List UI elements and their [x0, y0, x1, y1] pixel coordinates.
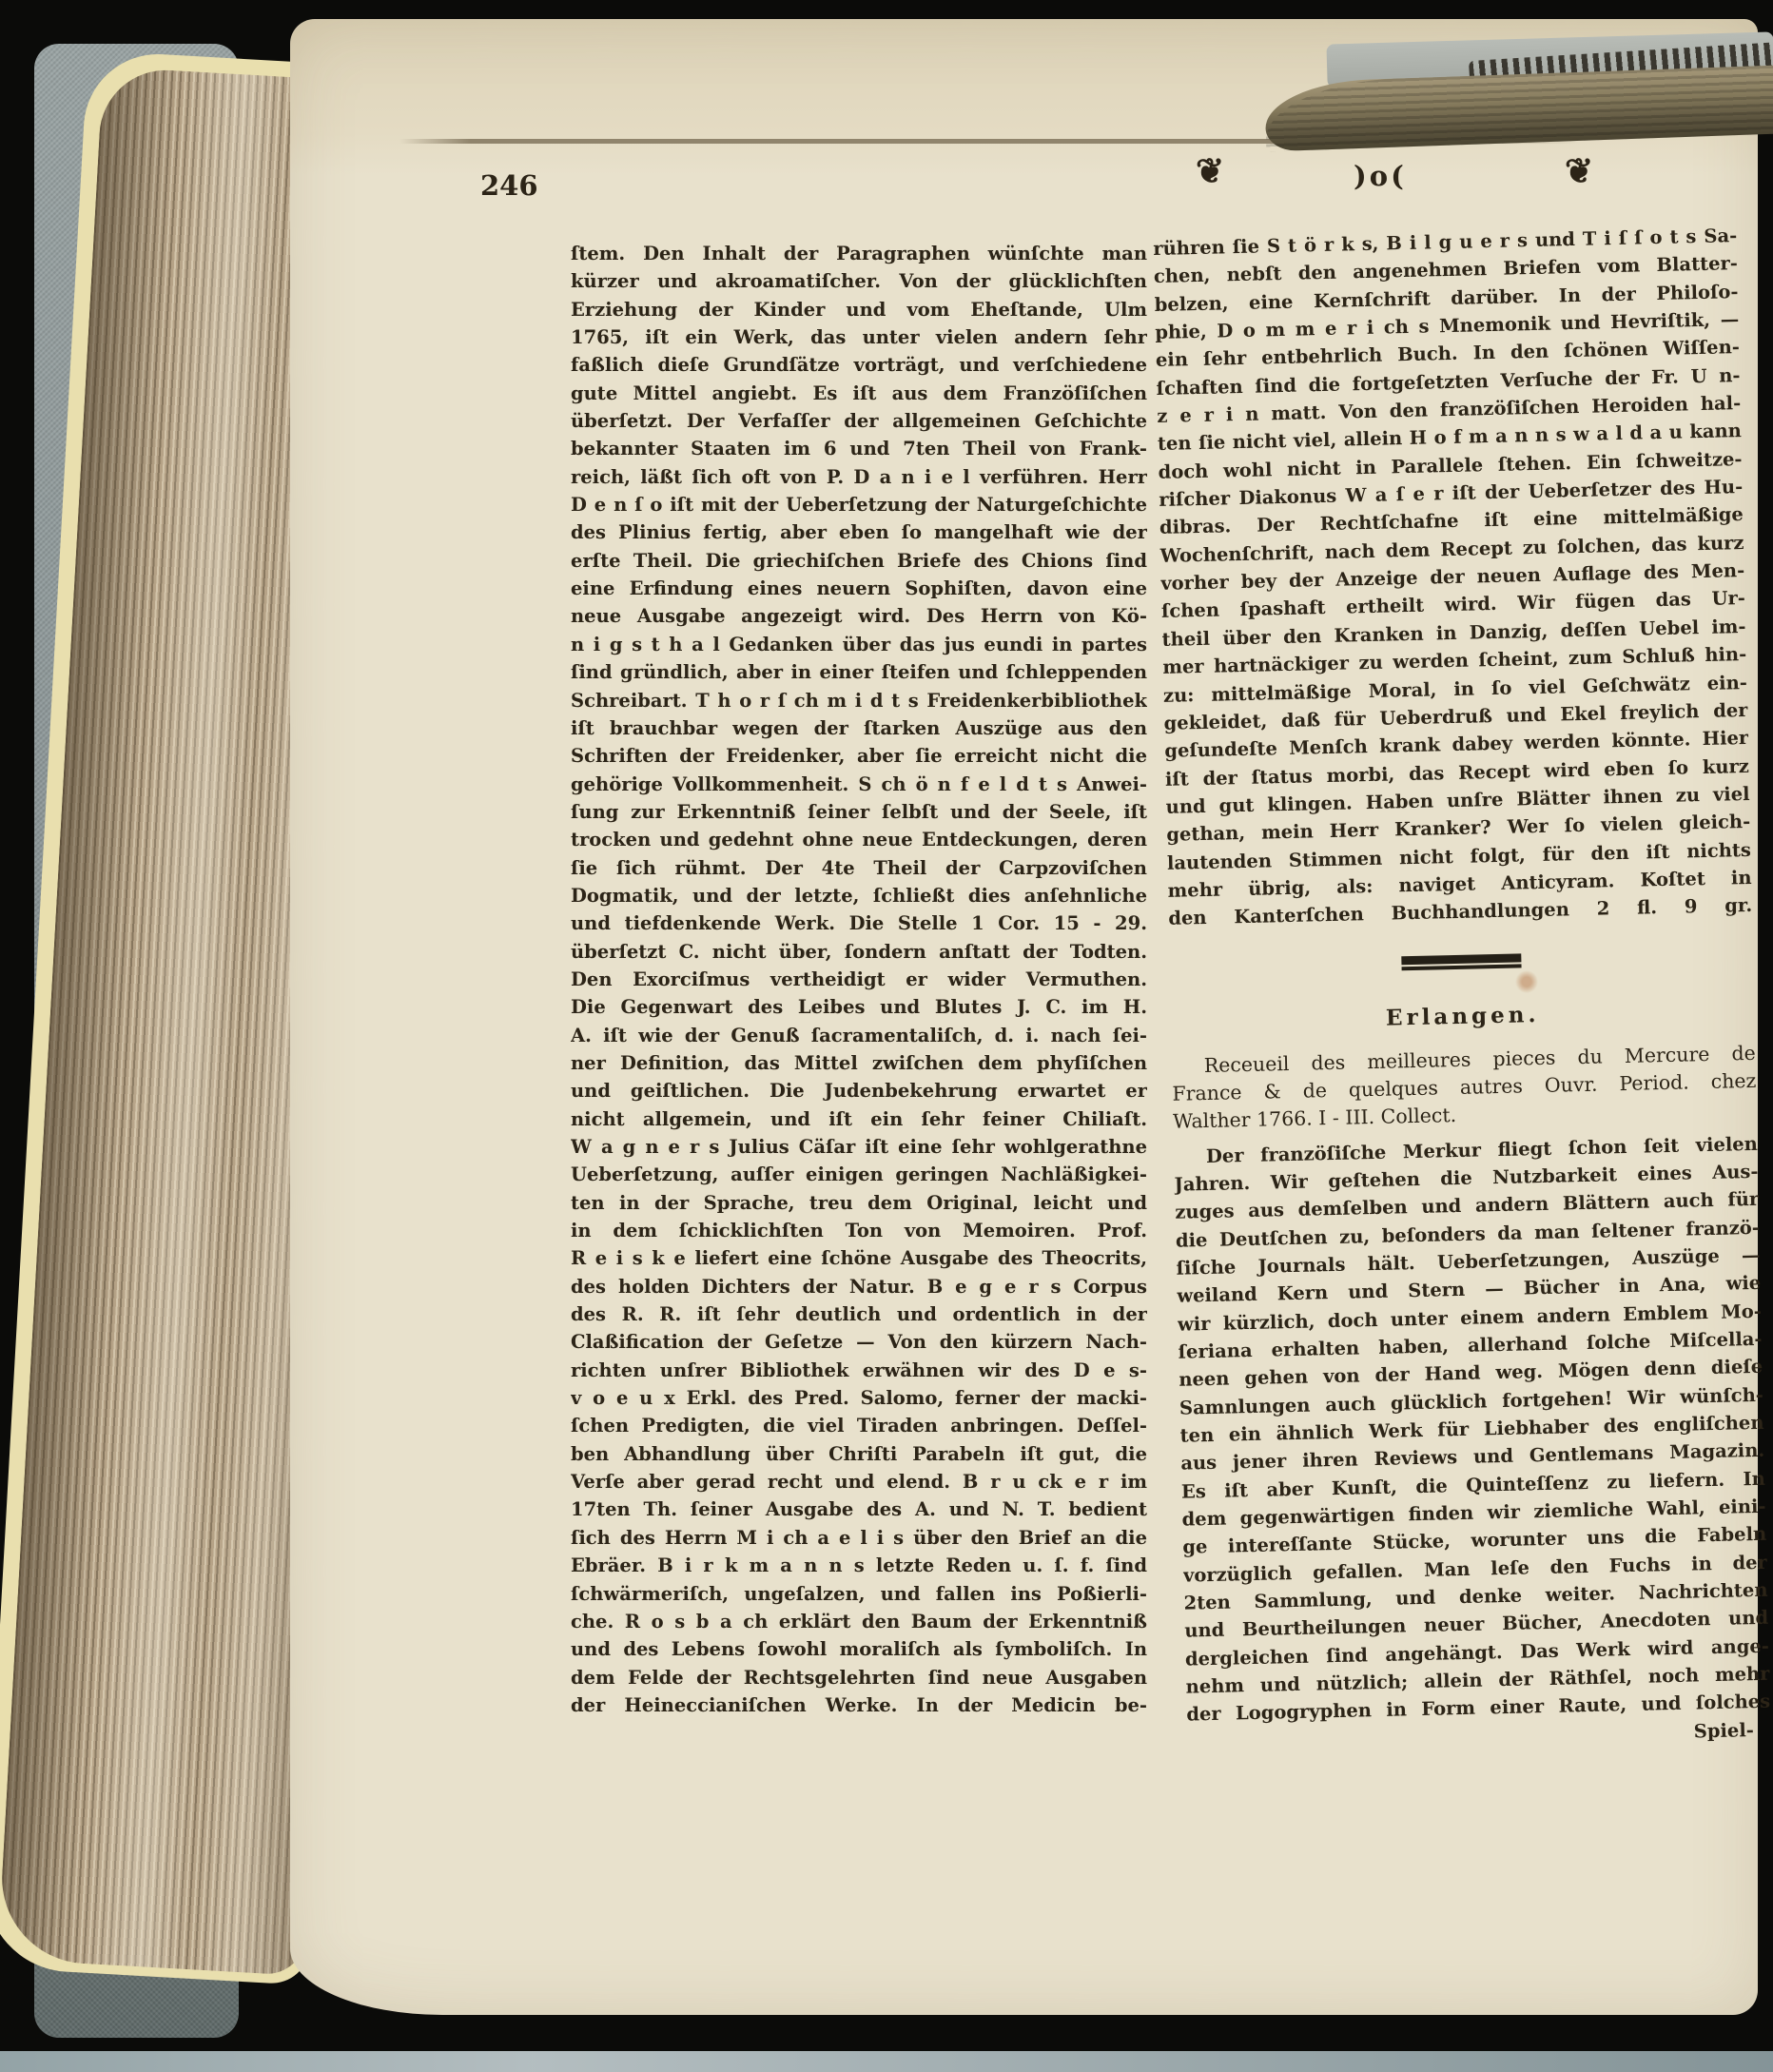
text-line: Schreibart. T h o r ſ ch m i d t s Freid… — [571, 687, 1147, 714]
text-line: der Heineccianiſchen Werke. In der Medic… — [571, 1691, 1147, 1719]
fleuron-ornament-icon: ❦ — [1196, 154, 1224, 188]
text-line: Claßification der Geſetze — Von den kürz… — [571, 1328, 1147, 1356]
header-separator: )o( — [1354, 160, 1407, 192]
page-number: 246 — [480, 169, 538, 202]
divider-thick-rule — [1401, 953, 1521, 965]
right-column-body: Der franzöſiſche Merkur fliegt ſchon ſei… — [1174, 1129, 1771, 1729]
text-line: überſetzt. Der Verfaſſer der allgemeinen… — [571, 407, 1147, 435]
text-line: D e n ſ o iſt mit der Ueberſetzung der N… — [571, 491, 1147, 518]
section-heading: Erlangen. — [1170, 994, 1755, 1037]
text-line: eine Erfindung eines neuern Sophiſten, d… — [571, 575, 1147, 602]
text-line: n i g s t h a l Gedanken über das jus eu… — [571, 631, 1147, 658]
text-line: 1765, iſt ein Werk, das unter vielen and… — [571, 323, 1147, 351]
text-line: und tiefdenkende Werk. Die Stelle 1 Cor.… — [571, 909, 1147, 937]
text-line: Den Exorciſmus vertheidigt er wider Verm… — [571, 966, 1147, 993]
text-line: dem Felde der Rechtsgelehrten ſind neue … — [571, 1664, 1147, 1691]
text-line: W a g n e r s Julius Cäſar iſt eine ſehr… — [571, 1133, 1147, 1161]
divider-thin-rule — [1402, 964, 1522, 969]
text-line: faßlich dieſe Grundſätze vorträgt, und v… — [571, 351, 1147, 379]
text-line: und des Lebens ſowohl moraliſch als ſymb… — [571, 1635, 1147, 1663]
right-column: rühren ſie S t ö r k s, B i l g u e r s … — [1153, 222, 1771, 1757]
text-line: Ebräer. B i r k m a n n s letzte Reden u… — [571, 1552, 1147, 1579]
text-line: che. R o s b a ch erklärt den Baum der E… — [571, 1608, 1147, 1635]
text-line: ſung zur Erkenntniß ſeiner ſelbſt und de… — [571, 798, 1147, 826]
text-line: ten in der Sprache, treu dem Original, l… — [571, 1189, 1147, 1217]
left-column: ſtem. Den Inhalt der Paragraphen wünſcht… — [571, 240, 1147, 1719]
scan-bed-edge — [0, 2051, 1773, 2072]
section-divider — [1401, 953, 1521, 970]
fleuron-ornament-icon: ❦ — [1565, 154, 1593, 188]
text-line: neue Ausgabe angezeigt wird. Des Herrn v… — [571, 602, 1147, 630]
text-line: ſchen Predigten, die viel Tiraden anbrin… — [571, 1412, 1147, 1439]
book-photo: 246 ❦ )o( ❦ ſtem. Den Inhalt der Paragra… — [0, 0, 1773, 2072]
text-line: Ueberſetzung, auſſer einigen geringen Na… — [571, 1161, 1147, 1188]
text-line: kürzer und akroamatiſcher. Von der glück… — [571, 267, 1147, 295]
text-line: trocken und gedehnt ohne neue Entdeckung… — [571, 826, 1147, 853]
text-line: erſte Theil. Die griechiſchen Briefe des… — [571, 547, 1147, 575]
text-line: in dem ſchicklichſten Ton von Memoiren. … — [571, 1217, 1147, 1244]
text-line: ſchwärmeriſch, ungeſalzen, und fallen in… — [571, 1580, 1147, 1608]
text-line: R e i s k e liefert eine ſchöne Ausgabe … — [571, 1244, 1147, 1272]
text-line: ben Abhandlung über Chriſti Parabeln iſt… — [571, 1440, 1147, 1468]
text-line: des Plinius fertig, aber eben ſo mangelh… — [571, 518, 1147, 546]
text-line: des R. R. iſt ſehr deutlich und ordentli… — [571, 1300, 1147, 1328]
text-line: ſind gründlich, aber in einer ſteifen un… — [571, 658, 1147, 686]
citation: Receueil des meilleures pieces du Mercur… — [1172, 1039, 1758, 1135]
text-line: Verſe aber gerad recht und elend. B r u … — [571, 1468, 1147, 1495]
text-line: gute Mittel angiebt. Es iſt aus dem Fran… — [571, 380, 1147, 407]
text-line: Dogmatik, und der letzte, ſchließt dies … — [571, 882, 1147, 909]
right-column-part1: rühren ſie S t ö r k s, B i l g u e r s … — [1153, 222, 1752, 932]
left-column-lines: ſtem. Den Inhalt der Paragraphen wünſcht… — [571, 240, 1147, 1719]
text-line: v o e u x Erkl. des Pred. Salomo, ferner… — [571, 1384, 1147, 1412]
text-line: gehörige Vollkommenheit. S ch ö n f e l … — [571, 771, 1147, 798]
text-line: bekannter Staaten im 6 und 7ten Theil vo… — [571, 435, 1147, 462]
text-line: ſtem. Den Inhalt der Paragraphen wünſcht… — [571, 240, 1147, 267]
text-line: ſich des Herrn M i ch a e l i s über den… — [571, 1524, 1147, 1552]
text-line: ner Definition, das Mittel zwiſchen dem … — [571, 1049, 1147, 1077]
text-line: ſie ſich rühmt. Der 4te Theil der Carpzo… — [571, 854, 1147, 882]
text-line: und geiſtlichen. Die Judenbekehrung erwa… — [571, 1077, 1147, 1104]
text-line: Erziehung der Kinder und vom Eheſtande, … — [571, 296, 1147, 323]
text-line: A. iſt wie der Genuß ſacramentaliſch, d.… — [571, 1022, 1147, 1049]
text-line: iſt brauchbar wegen der ſtarken Auszüge … — [571, 714, 1147, 742]
text-line: des holden Dichters der Natur. B e g e r… — [571, 1273, 1147, 1300]
text-line: Die Gegenwart des Leibes und Blutes J. C… — [571, 993, 1147, 1021]
text-line: reich, läßt ſich oft von P. D a n i e l … — [571, 463, 1147, 491]
text-line: richten unſrer Bibliothek erwähnen wir d… — [571, 1357, 1147, 1384]
text-line: 17ten Th. ſeiner Ausgabe des A. und N. T… — [571, 1495, 1147, 1523]
text-line: überſetzt C. nicht über, ſondern anſtatt… — [571, 938, 1147, 966]
citation-lines: Receueil des meilleures pieces du Mercur… — [1172, 1039, 1758, 1135]
text-line: nicht allgemein, und iſt ein ſehr feiner… — [571, 1105, 1147, 1133]
book-page: 246 ❦ )o( ❦ ſtem. Den Inhalt der Paragra… — [290, 19, 1758, 2015]
text-line: Schriften der Freidenker, aber ſie errei… — [571, 742, 1147, 770]
